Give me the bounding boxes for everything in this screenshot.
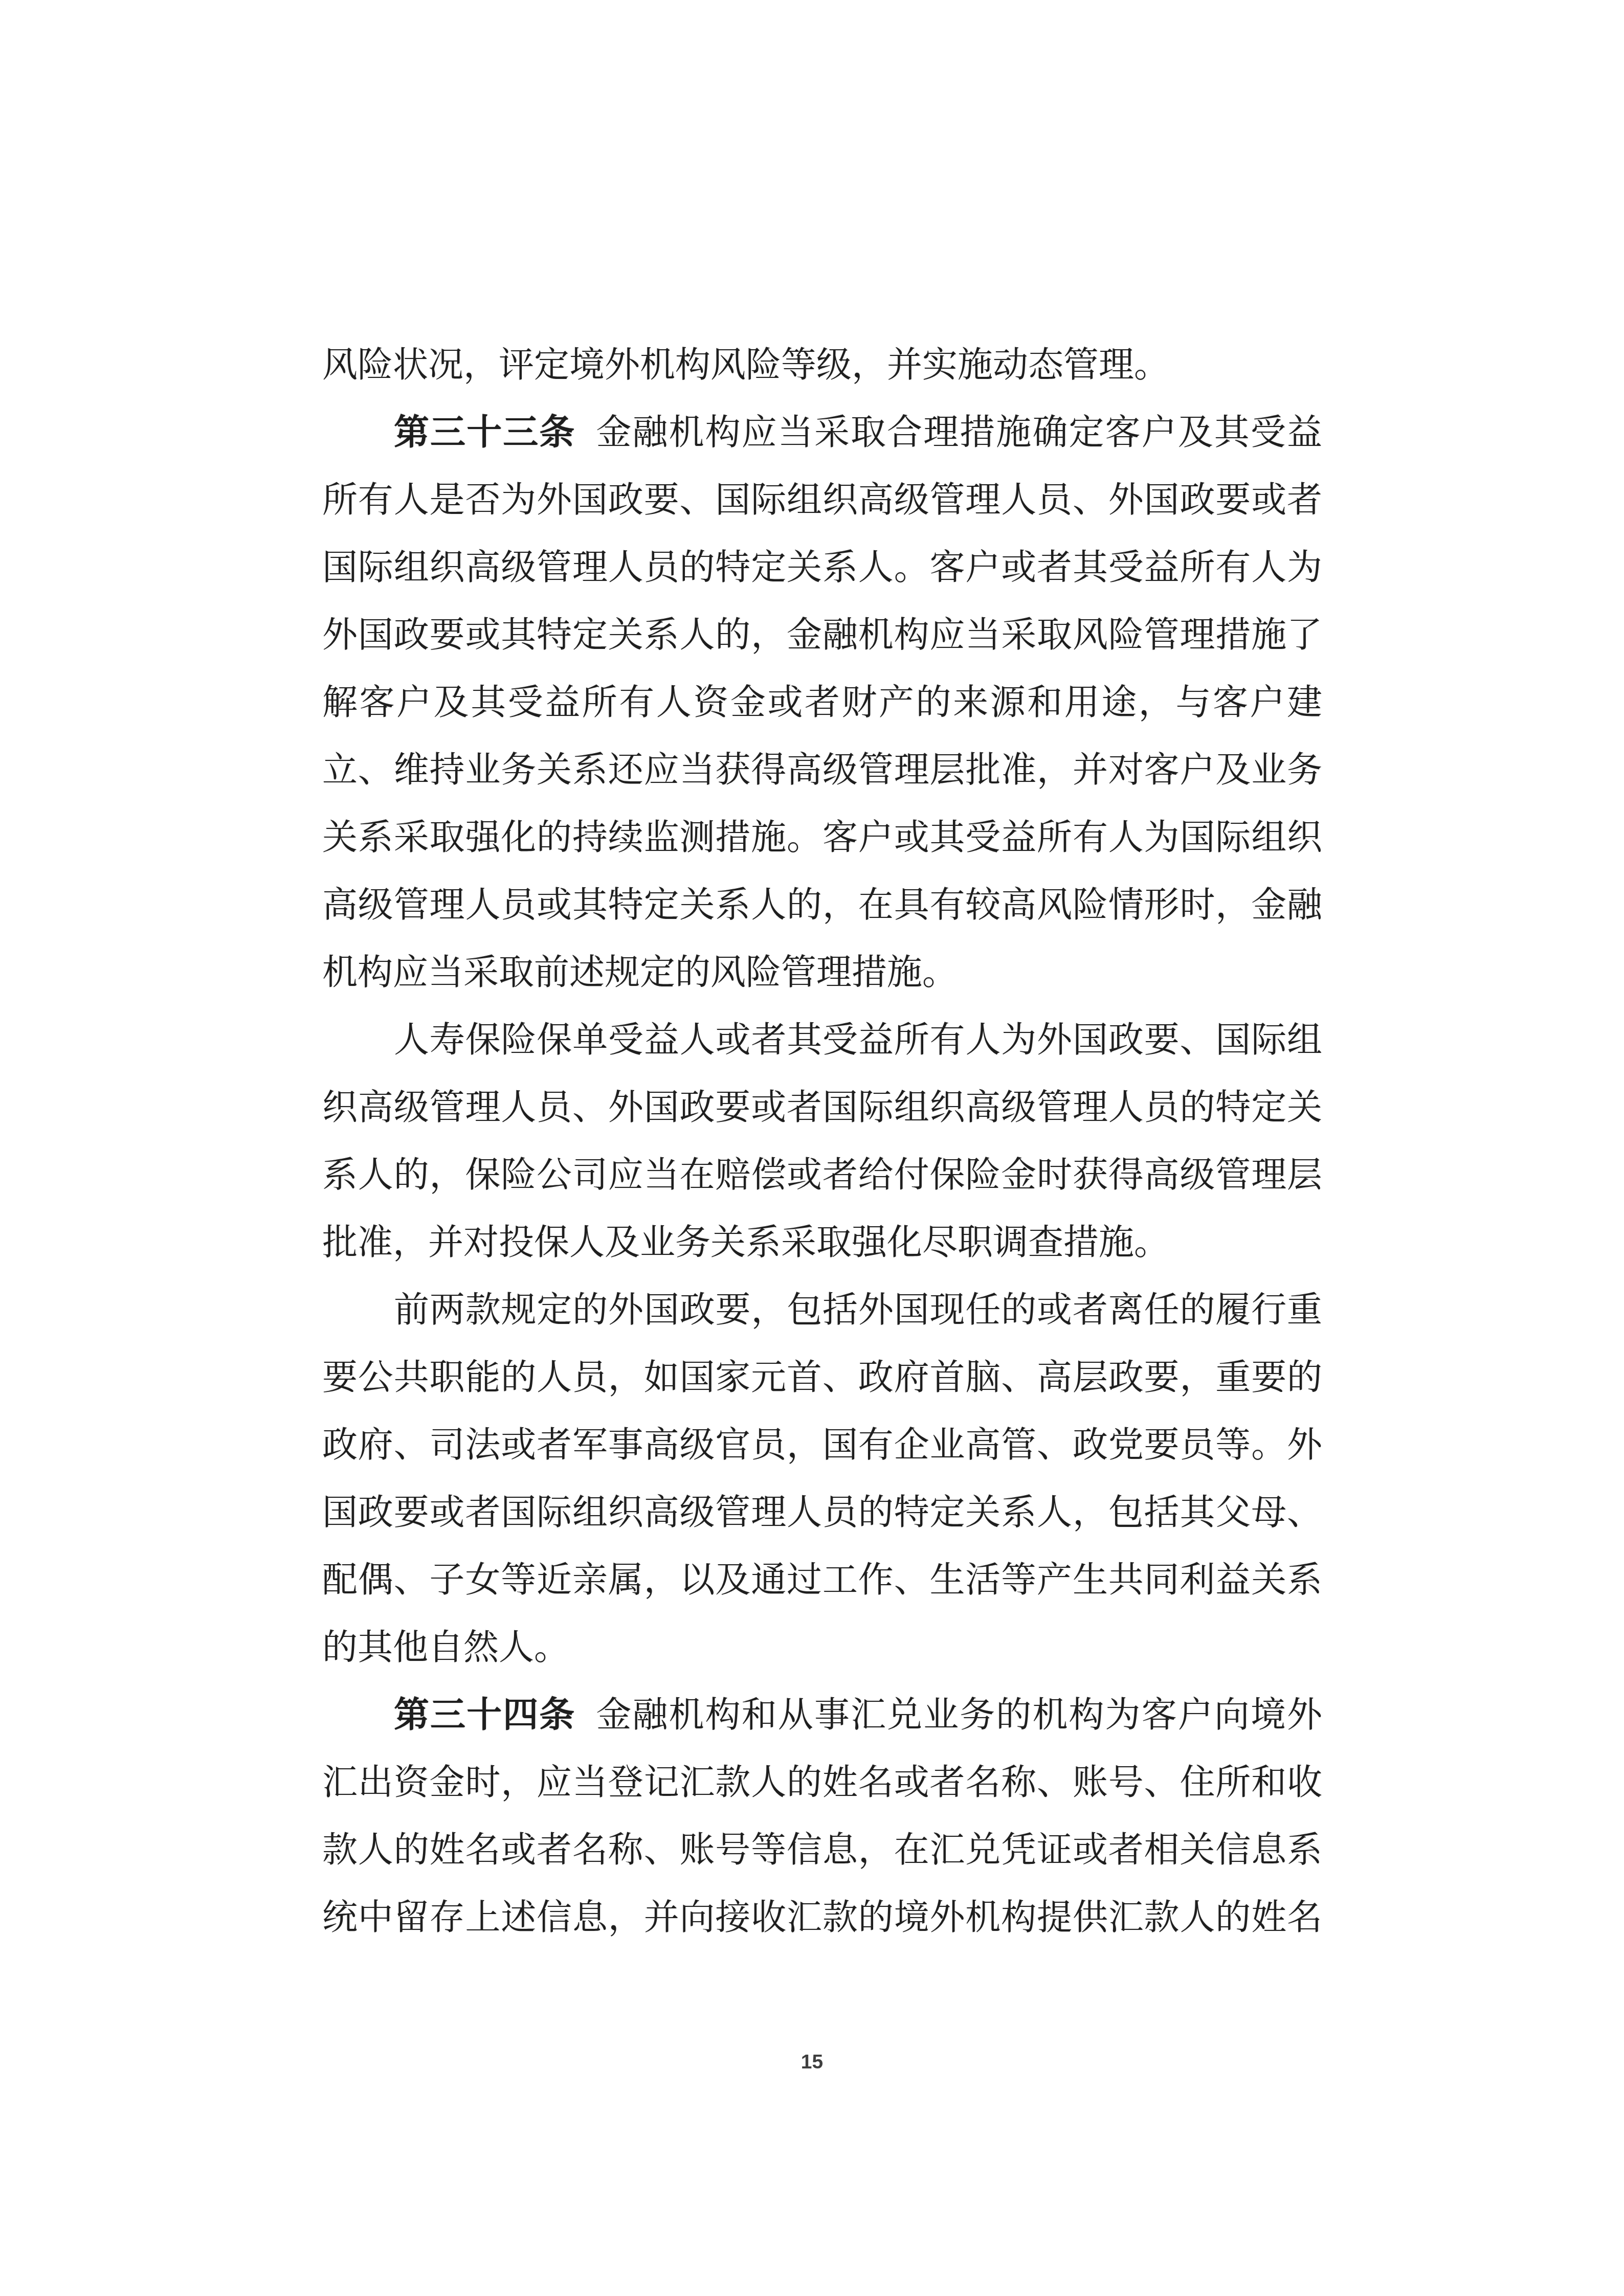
text-run: 金融机构应当采取合理措施确定客户及其受益 bbox=[596, 413, 1322, 452]
text-line: 要公共职能的人员，如国家元首、政府首脑、高层政要，重要的 bbox=[322, 1344, 1322, 1411]
text-run: 政府、司法或者军事高级官员，国有企业高管、政党要员等。外 bbox=[322, 1426, 1322, 1465]
text-run: 金融机构和从事汇兑业务的机构为客户向境外 bbox=[596, 1696, 1322, 1735]
text-run: 要公共职能的人员，如国家元首、政府首脑、高层政要，重要的 bbox=[322, 1358, 1322, 1397]
text-run: 解客户及其受益所有人资金或者财产的来源和用途，与客户建 bbox=[322, 683, 1322, 722]
text-line: 人寿保险保单受益人或者其受益所有人为外国政要、国际组 bbox=[322, 1006, 1322, 1074]
text-line: 系人的，保险公司应当在赔偿或者给付保险金时获得高级管理层 bbox=[322, 1141, 1322, 1209]
article-number: 第三十三条 bbox=[394, 413, 575, 452]
text-line: 国政要或者国际组织高级管理人员的特定关系人，包括其父母、 bbox=[322, 1479, 1322, 1546]
text-line: 高级管理人员或其特定关系人的，在具有较高风险情形时，金融 bbox=[322, 871, 1322, 939]
text-line: 汇出资金时，应当登记汇款人的姓名或者名称、账号、住所和收 bbox=[322, 1749, 1322, 1816]
text-run: 系人的，保险公司应当在赔偿或者给付保险金时获得高级管理层 bbox=[322, 1156, 1322, 1195]
text-run: 前两款规定的外国政要，包括外国现任的或者离任的履行重 bbox=[394, 1291, 1322, 1330]
text-line: 的其他自然人。 bbox=[322, 1614, 1322, 1681]
text-line: 批准，并对投保人及业务关系采取强化尽职调查措施。 bbox=[322, 1209, 1322, 1276]
text-line: 配偶、子女等近亲属，以及通过工作、生活等产生共同利益关系 bbox=[322, 1546, 1322, 1614]
text-line: 政府、司法或者军事高级官员，国有企业高管、政党要员等。外 bbox=[322, 1411, 1322, 1479]
text-run: 机构应当采取前述规定的风险管理措施。 bbox=[322, 953, 958, 992]
document-page: 风险状况，评定境外机构风险等级，并实施动态管理。第三十三条金融机构应当采取合理措… bbox=[0, 0, 1624, 2296]
text-line: 风险状况，评定境外机构风险等级，并实施动态管理。 bbox=[322, 331, 1322, 399]
text-run: 统中留存上述信息，并向接收汇款的境外机构提供汇款人的姓名 bbox=[322, 1898, 1322, 1937]
text-line: 国际组织高级管理人员的特定关系人。客户或者其受益所有人为 bbox=[322, 534, 1322, 601]
text-run: 织高级管理人员、外国政要或者国际组织高级管理人员的特定关 bbox=[322, 1088, 1322, 1127]
page-number: 15 bbox=[0, 2050, 1624, 2075]
text-line: 统中留存上述信息，并向接收汇款的境外机构提供汇款人的姓名 bbox=[322, 1884, 1322, 1951]
text-line: 第三十四条金融机构和从事汇兑业务的机构为客户向境外 bbox=[322, 1681, 1322, 1749]
text-run: 所有人是否为外国政要、国际组织高级管理人员、外国政要或者 bbox=[322, 481, 1322, 520]
text-line: 第三十三条金融机构应当采取合理措施确定客户及其受益 bbox=[322, 399, 1322, 466]
text-run: 款人的姓名或者名称、账号等信息，在汇兑凭证或者相关信息系 bbox=[322, 1831, 1322, 1870]
text-line: 所有人是否为外国政要、国际组织高级管理人员、外国政要或者 bbox=[322, 466, 1322, 534]
text-run: 关系采取强化的持续监测措施。客户或其受益所有人为国际组织 bbox=[322, 818, 1322, 857]
text-run: 国政要或者国际组织高级管理人员的特定关系人，包括其父母、 bbox=[322, 1493, 1322, 1532]
text-run: 高级管理人员或其特定关系人的，在具有较高风险情形时，金融 bbox=[322, 886, 1322, 925]
text-line: 立、维持业务关系还应当获得高级管理层批准，并对客户及业务 bbox=[322, 736, 1322, 804]
text-line: 解客户及其受益所有人资金或者财产的来源和用途，与客户建 bbox=[322, 669, 1322, 736]
text-run: 人寿保险保单受益人或者其受益所有人为外国政要、国际组 bbox=[394, 1021, 1322, 1060]
text-run: 风险状况，评定境外机构风险等级，并实施动态管理。 bbox=[322, 346, 1169, 385]
text-block: 风险状况，评定境外机构风险等级，并实施动态管理。第三十三条金融机构应当采取合理措… bbox=[322, 331, 1322, 1951]
text-run: 汇出资金时，应当登记汇款人的姓名或者名称、账号、住所和收 bbox=[322, 1763, 1322, 1802]
text-run: 的其他自然人。 bbox=[322, 1628, 569, 1667]
text-line: 款人的姓名或者名称、账号等信息，在汇兑凭证或者相关信息系 bbox=[322, 1816, 1322, 1884]
text-line: 关系采取强化的持续监测措施。客户或其受益所有人为国际组织 bbox=[322, 804, 1322, 871]
text-line: 织高级管理人员、外国政要或者国际组织高级管理人员的特定关 bbox=[322, 1074, 1322, 1141]
text-line: 外国政要或其特定关系人的，金融机构应当采取风险管理措施了 bbox=[322, 601, 1322, 669]
article-number: 第三十四条 bbox=[394, 1696, 575, 1735]
text-run: 批准，并对投保人及业务关系采取强化尽职调查措施。 bbox=[322, 1223, 1169, 1262]
text-run: 立、维持业务关系还应当获得高级管理层批准，并对客户及业务 bbox=[322, 751, 1322, 790]
text-run: 国际组织高级管理人员的特定关系人。客户或者其受益所有人为 bbox=[322, 548, 1322, 587]
text-run: 配偶、子女等近亲属，以及通过工作、生活等产生共同利益关系 bbox=[322, 1561, 1322, 1600]
text-line: 前两款规定的外国政要，包括外国现任的或者离任的履行重 bbox=[322, 1276, 1322, 1344]
text-run: 外国政要或其特定关系人的，金融机构应当采取风险管理措施了 bbox=[322, 616, 1322, 655]
text-line: 机构应当采取前述规定的风险管理措施。 bbox=[322, 939, 1322, 1006]
